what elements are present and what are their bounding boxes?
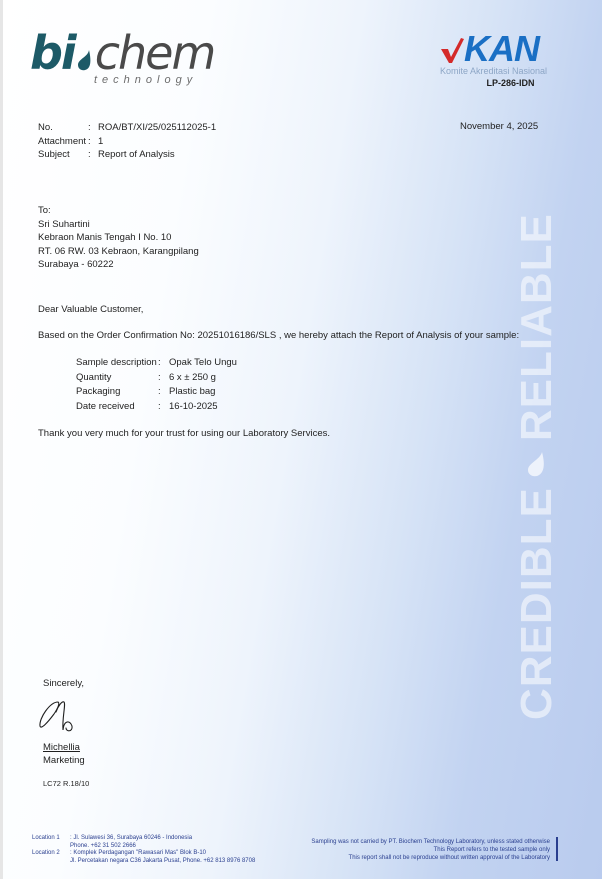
page-edge [0, 0, 3, 879]
sample-separator: : [158, 371, 169, 386]
disclaimer-line: This report shall not be reproduce witho… [311, 854, 550, 862]
intro-paragraph: Based on the Order Confirmation No: 2025… [38, 330, 519, 341]
sample-row: Quantity:6 x ± 250 g [76, 371, 237, 386]
sample-value: 6 x ± 250 g [169, 371, 216, 386]
recipient-address-line: Surabaya - 60222 [38, 258, 199, 272]
letter-page: bichem technology KAN Komite Akreditasi … [0, 0, 602, 879]
watermark-word: CREDIBLE [512, 487, 562, 720]
logo-brand-bold: bi [30, 26, 75, 80]
meta-separator: : [88, 121, 98, 135]
location-label: Location 1 [32, 835, 70, 843]
valediction: Sincerely, [43, 678, 84, 689]
logo-tagline: technology [94, 74, 214, 86]
signer-name: Michellia [43, 742, 85, 755]
sample-separator: : [158, 400, 169, 415]
accreditation-code: LP-286-IDN [456, 78, 565, 88]
footer-disclaimers: Sampling was not carried by PT. Biochem … [311, 838, 550, 862]
sample-value: Opak Telo Ungu [169, 356, 237, 371]
sample-row: Sample description:Opak Telo Ungu [76, 356, 237, 371]
signer-title: Marketing [43, 755, 85, 768]
sample-label: Packaging [76, 385, 158, 400]
footer-location: Location 2: Komplek Perdagangan "Rawasar… [32, 850, 255, 858]
meta-value: 1 [98, 135, 103, 149]
water-drop-icon [76, 49, 94, 71]
watermark-word: RELIABLE [512, 213, 562, 441]
greeting: Dear Valuable Customer, [38, 304, 143, 315]
recipient-address-line: Kebraon Manis Tengah I No. 10 [38, 231, 199, 245]
location-address: : Jl. Sulawesi 36, Surabaya 60246 - Indo… [70, 835, 192, 843]
meta-separator: : [88, 148, 98, 162]
sample-label: Quantity [76, 371, 158, 386]
meta-value: Report of Analysis [98, 148, 175, 162]
location-phone: Jl. Percetakan negara C36 Jakarta Pusat,… [70, 858, 255, 866]
document-code: LC72 R.18/10 [43, 779, 89, 788]
kan-subtitle: Komite Akreditasi Nasional [440, 66, 565, 76]
meta-label: Subject [38, 148, 88, 162]
signer-block: Michellia Marketing [43, 742, 85, 767]
spacer [32, 858, 70, 866]
spacer [32, 843, 70, 851]
footer-locations: Location 1: Jl. Sulawesi 36, Surabaya 60… [32, 835, 255, 865]
kan-name: KAN [464, 33, 539, 65]
sample-label: Sample description [76, 356, 158, 371]
signature-image [36, 698, 86, 738]
sample-label: Date received [76, 400, 158, 415]
thanks-paragraph: Thank you very much for your trust for u… [38, 428, 330, 439]
recipient-address-line: RT. 06 RW. 03 Kebraon, Karangpilang [38, 245, 199, 259]
logo-brand-rest: chem [95, 26, 215, 80]
sample-row: Packaging:Plastic bag [76, 385, 237, 400]
meta-label: Attachment [38, 135, 88, 149]
letter-meta: No.:ROA/BT/XI/25/025112025-1 Attachment:… [38, 121, 216, 162]
meta-label: No. [38, 121, 88, 135]
sample-separator: : [158, 356, 169, 371]
location-address: : Komplek Perdagangan "Rawasari Mas" Blo… [70, 850, 206, 858]
sample-value: 16-10-2025 [169, 400, 218, 415]
footer-location-line: Phone. +62 31 502 2666 [32, 843, 255, 851]
sample-details: Sample description:Opak Telo Ungu Quanti… [76, 356, 237, 414]
recipient-prefix: To: [38, 204, 199, 218]
footer-divider [556, 837, 558, 861]
sample-value: Plastic bag [169, 385, 215, 400]
meta-row-number: No.:ROA/BT/XI/25/025112025-1 [38, 121, 216, 135]
meta-row-attachment: Attachment:1 [38, 135, 216, 149]
recipient-block: To: Sri Suhartini Kebraon Manis Tengah I… [38, 204, 199, 272]
letter-date: November 4, 2025 [460, 121, 538, 132]
credible-reliable-watermark: CREDIBLE RELIABLE [512, 213, 562, 720]
water-drop-icon [526, 451, 548, 477]
sample-row: Date received:16-10-2025 [76, 400, 237, 415]
checkmark-icon [440, 37, 464, 65]
footer-location-line: Jl. Percetakan negara C36 Jakarta Pusat,… [32, 858, 255, 866]
disclaimer-line: Sampling was not carried by PT. Biochem … [311, 838, 550, 846]
location-label: Location 2 [32, 850, 70, 858]
disclaimer-line: This Report refers to the tested sample … [311, 846, 550, 854]
location-phone: Phone. +62 31 502 2666 [70, 843, 136, 851]
meta-row-subject: Subject:Report of Analysis [38, 148, 216, 162]
recipient-name: Sri Suhartini [38, 218, 199, 232]
meta-value: ROA/BT/XI/25/025112025-1 [98, 121, 216, 135]
meta-separator: : [88, 135, 98, 149]
biochem-logo: bichem technology [30, 30, 214, 86]
sample-separator: : [158, 385, 169, 400]
footer-location: Location 1: Jl. Sulawesi 36, Surabaya 60… [32, 835, 255, 843]
kan-accreditation-logo: KAN Komite Akreditasi Nasional LP-286-ID… [440, 33, 565, 88]
